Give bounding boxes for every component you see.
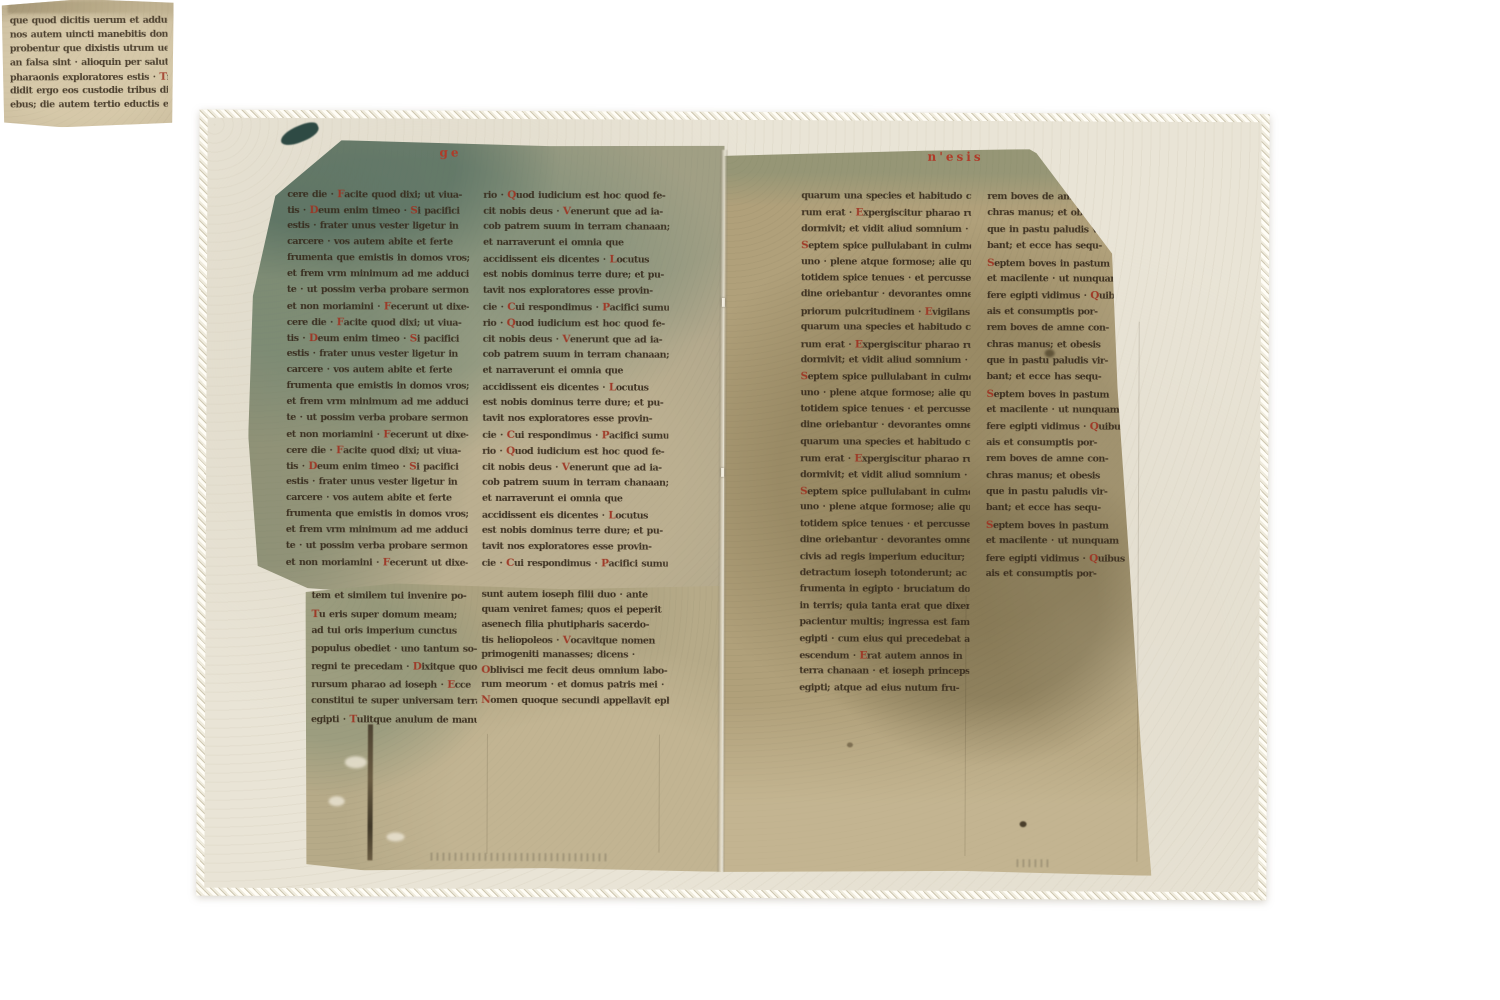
manuscript-column-left-lower-1: tem et similem tui invenire po-Tu eris s… (311, 590, 478, 731)
faint-inscription (1016, 859, 1052, 867)
abrasion-patch (387, 832, 405, 841)
abrasion-patch (345, 756, 367, 768)
manuscript-column-fragment: que quod dicitis uerum et adducatisnos a… (10, 15, 168, 114)
abrasion-patch (329, 796, 345, 806)
sewing-thread (722, 298, 725, 307)
parchment-right-leaf: quarum una species et habitudo corpo-rum… (721, 146, 1156, 878)
manuscript-column-left-2: rio · Quod iudicium est hoc quod fe-cit … (482, 189, 670, 574)
sewing-thread (721, 468, 724, 477)
manuscript-column-left-1: cere die · Facite quod dixi; ut viua-tis… (286, 188, 470, 573)
parchment-right-lower-fragment: que quod dicitis uerum et adducatisnos a… (2, 0, 175, 127)
dark-speck (847, 742, 853, 747)
manuscript-photo: cere die · Facite quod dixi; ut viua-tis… (0, 0, 1500, 1000)
vertical-tear (367, 724, 373, 860)
ink-blotch (1045, 349, 1055, 357)
manuscript-column-left-lower-2: sunt autem ioseph filii duo · antequam v… (481, 589, 670, 710)
running-title-right: n'esis (927, 150, 983, 164)
running-title-left: ge (439, 146, 461, 160)
manuscript-column-right-1: quarum una species et habitudo corpo-rum… (799, 190, 971, 699)
faint-inscription (430, 853, 606, 862)
dark-speck (1020, 821, 1027, 827)
erased-line-smudge (8, 1, 158, 14)
parchment-left-upper-leaf: cere die · Facite quod dixi; ut viua-tis… (248, 136, 725, 605)
